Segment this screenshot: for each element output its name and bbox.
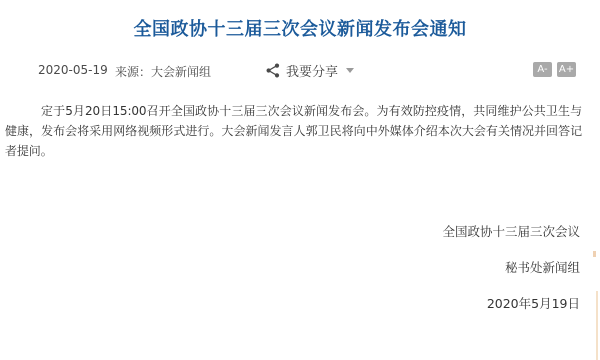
- publish-date: 2020-05-19: [38, 63, 108, 77]
- share-button[interactable]: 我要分享: [266, 61, 354, 80]
- font-increase-button[interactable]: A+: [557, 62, 576, 77]
- chevron-down-icon: [346, 68, 354, 73]
- share-label: 我要分享: [286, 61, 338, 80]
- source-label: 来源：大会新闻组: [115, 63, 211, 80]
- signature-dept: 秘书处新闻组: [442, 259, 580, 276]
- signature-date: 2020年5月19日: [442, 295, 580, 312]
- font-decrease-button[interactable]: A-: [533, 62, 552, 77]
- meta-bar: 2020-05-19 来源：大会新闻组 我要分享 A- A+: [0, 60, 600, 78]
- font-size-controls: A- A+: [533, 62, 576, 77]
- signature-org: 全国政协十三届三次会议: [442, 223, 580, 240]
- article-page: 全国政协十三届三次会议新闻发布会通知 2020-05-19 来源：大会新闻组 我…: [0, 0, 600, 360]
- share-icon: [266, 63, 280, 78]
- signature-block: 全国政协十三届三次会议 秘书处新闻组 2020年5月19日: [442, 223, 580, 331]
- page-title: 全国政协十三届三次会议新闻发布会通知: [0, 17, 600, 42]
- page-edge-tick: [593, 251, 596, 257]
- article-paragraph: 定于5月20日15:00召开全国政协十三届三次会议新闻发布会。为有效防控疫情，共…: [5, 101, 582, 161]
- page-edge-line: [596, 291, 598, 360]
